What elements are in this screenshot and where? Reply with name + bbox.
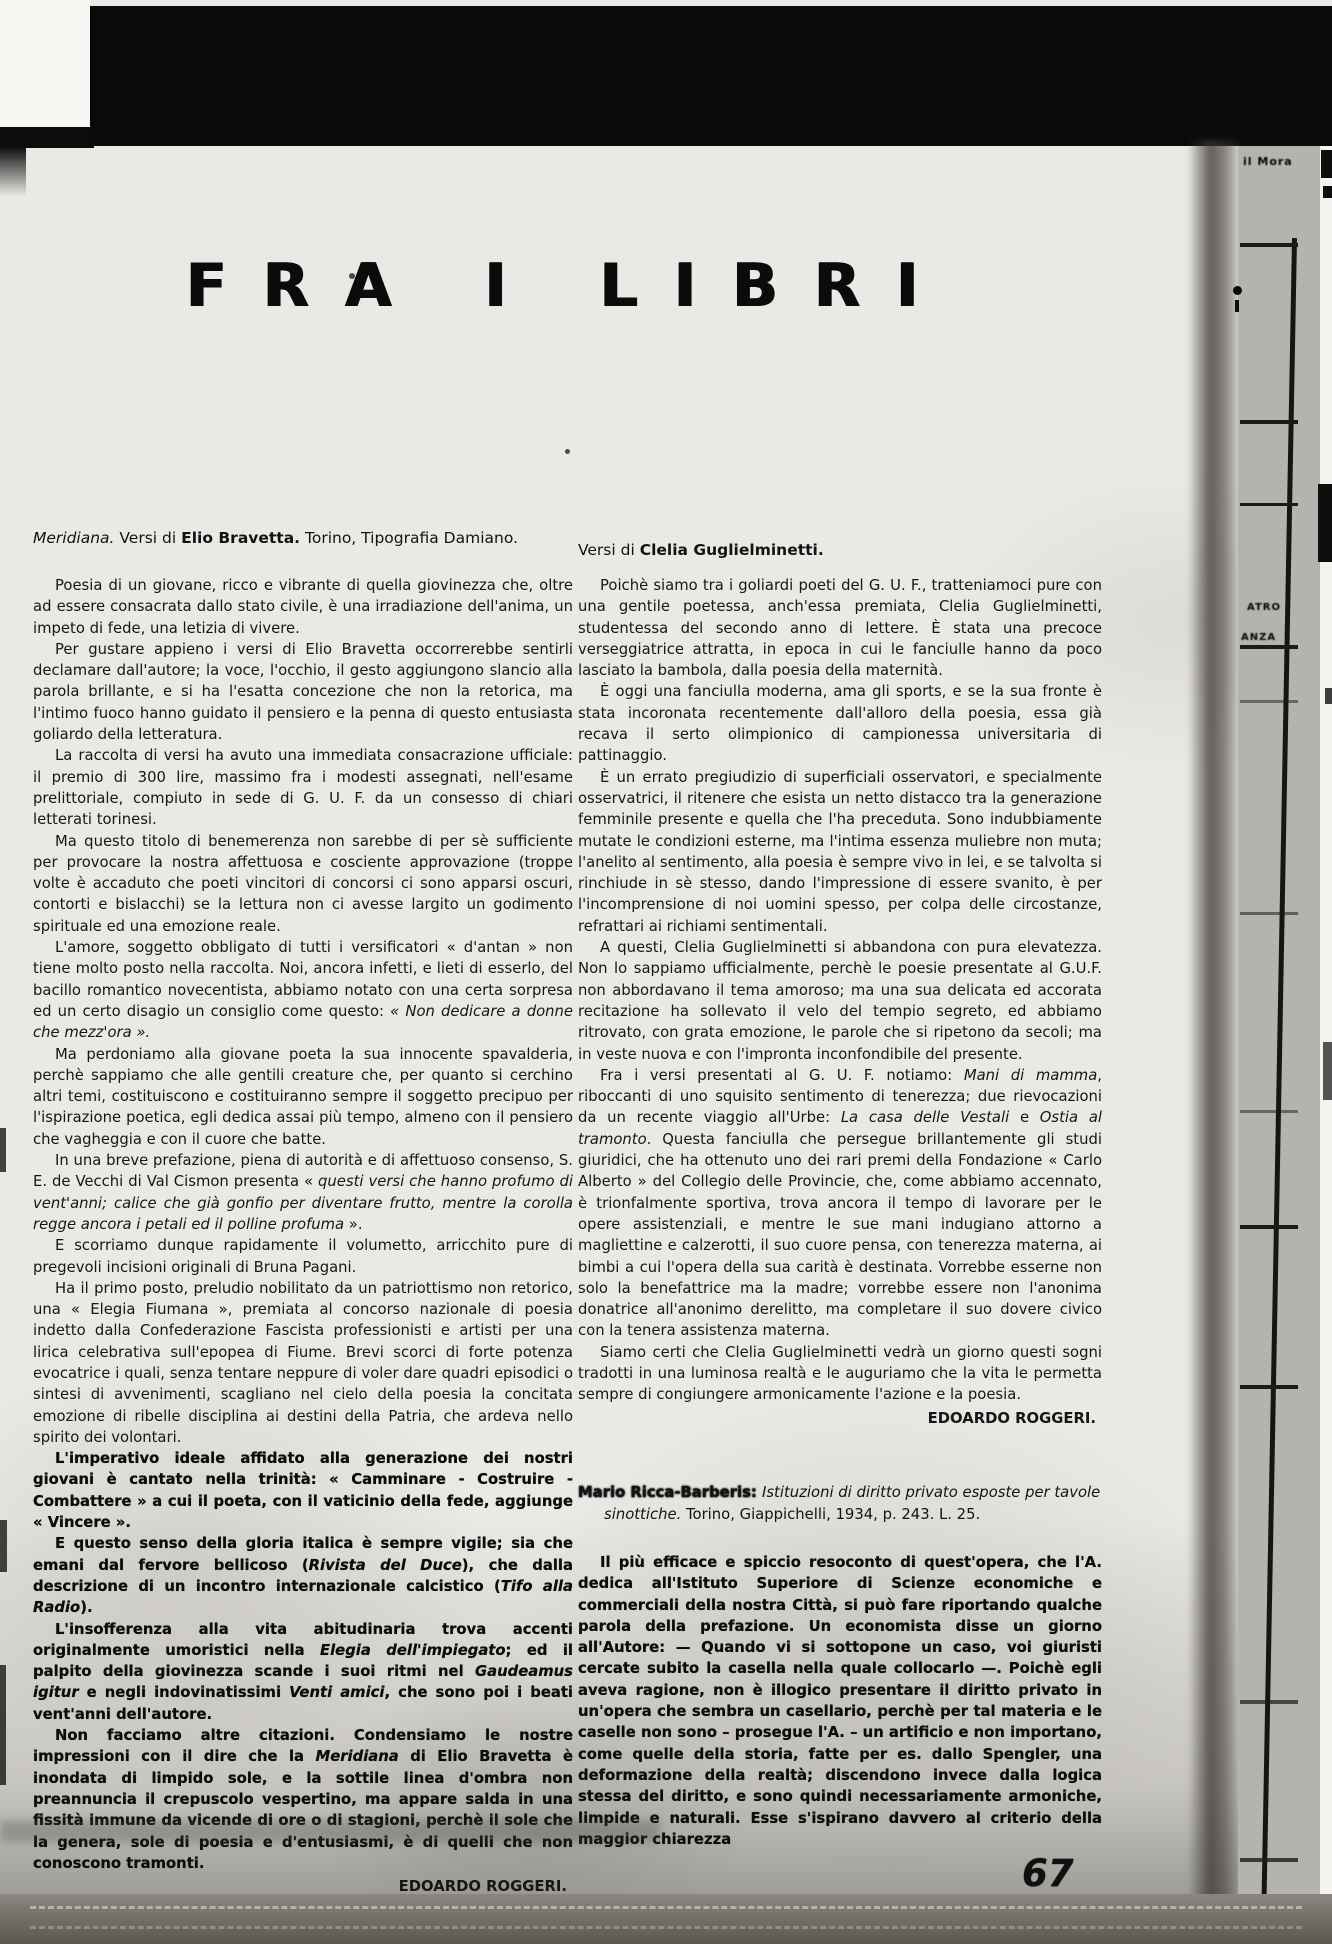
bottom-shadow-band <box>0 1894 1332 1944</box>
text-run: Ha il primo posto, preludio nobilitato d… <box>33 1280 573 1446</box>
text-run: ). <box>80 1599 92 1616</box>
margin-dot <box>1233 286 1242 295</box>
text-run: A questi, Clelia Guglielminetti si abban… <box>578 939 1102 1062</box>
text-run: E scorriamo dunque rapidamente il volume… <box>33 1237 573 1275</box>
paragraph: Non facciamo altre citazioni. Condensiam… <box>33 1725 573 1874</box>
text-run: Meridiana <box>315 1748 398 1765</box>
text-run: Clelia Guglielminetti. <box>640 541 824 559</box>
text-run: Poesia di un giovane, ricco e vibrante d… <box>33 577 573 637</box>
adjacent-page-tick <box>1240 1700 1298 1704</box>
adjacent-page-tick <box>1240 1110 1298 1113</box>
ink-speck <box>349 273 355 279</box>
bottom-dashed-line <box>30 1926 1302 1929</box>
edge-mark <box>1323 1042 1332 1100</box>
adjacent-page-tick <box>1240 700 1298 703</box>
second-review-heading: Mario Ricca-Barberis: Istituzioni di dir… <box>578 1482 1140 1526</box>
text-run: Ma perdoniamo alla giovane poeta la sua … <box>33 1046 573 1148</box>
review-right-heading: Versi di Clelia Guglielminetti. <box>578 540 1118 560</box>
text-run: Fra i versi presentati al G. U. F. notia… <box>600 1067 964 1084</box>
edge-mark <box>1318 484 1332 562</box>
ink-speck <box>565 449 570 454</box>
adjacent-page-tick <box>1240 912 1298 915</box>
text-run: La casa delle Vestali <box>841 1109 1009 1126</box>
second-review-body: Il più efficace e spiccio resoconto di q… <box>578 1552 1102 1850</box>
text-run: L'imperativo ideale affidato alla genera… <box>33 1450 573 1531</box>
text-run: È un errato pregiudizio di superficiali … <box>578 769 1102 935</box>
text-run: . Questa fanciulla che persegue brillant… <box>578 1131 1102 1340</box>
text-run: Venti amici <box>289 1684 384 1701</box>
text-run: Elegia dell'impiegato <box>320 1642 506 1659</box>
paragraph: Ma questo titolo di benemerenza non sare… <box>33 831 573 937</box>
text-run: di Elio Bravetta è inondata di limpido s… <box>33 1748 573 1871</box>
text-run: È oggi una fanciulla moderna, ama gli sp… <box>578 683 1102 764</box>
adjacent-page-tick <box>1240 420 1298 424</box>
bottom-dashed-line <box>30 1906 1302 1909</box>
review-left-heading: Meridiana. Versi di Elio Bravetta. Torin… <box>33 528 573 548</box>
text-run: Mani di mamma <box>964 1067 1097 1084</box>
paragraph: La raccolta di versi ha avuto una immedi… <box>33 745 573 830</box>
text-run: Elio Bravetta. <box>181 529 300 547</box>
adjacent-page-tick <box>1240 645 1298 649</box>
margin-text-fragment: il Mora <box>1243 155 1293 168</box>
adjacent-page-tick <box>1240 503 1298 506</box>
edge-mark <box>1321 150 1332 178</box>
corner-ink-bar <box>0 127 94 148</box>
paragraph: L'imperativo ideale affidato alla genera… <box>33 1448 573 1533</box>
corner-ink-tail <box>0 148 26 196</box>
text-run: e negli indovinatissimi <box>79 1684 289 1701</box>
text-run: La raccolta di versi ha avuto una immedi… <box>33 747 573 828</box>
signature: EDOARDO ROGGERI. <box>578 1408 1102 1429</box>
text-run: Ma questo titolo di benemerenza non sare… <box>33 833 573 935</box>
edge-mark <box>0 1665 6 1785</box>
paragraph: Siamo certi che Clelia Guglielminetti ve… <box>578 1342 1102 1406</box>
text-run: EDOARDO ROGGERI. <box>399 1878 567 1895</box>
paragraph: Poesia di un giovane, ricco e vibrante d… <box>33 575 573 639</box>
page-number: 67 <box>1022 1852 1074 1895</box>
scanned-page: FRA I LIBRI Meridiana. Versi di Elio Bra… <box>0 0 1332 1944</box>
text-run: Versi di <box>578 541 640 559</box>
text-run: Per gustare appieno i versi di Elio Brav… <box>33 641 573 743</box>
paragraph: Poichè siamo tra i goliardi poeti del G.… <box>578 575 1102 681</box>
paragraph: Ma perdoniamo alla giovane poeta la sua … <box>33 1044 573 1150</box>
edge-mark <box>0 1128 6 1172</box>
paragraph: Per gustare appieno i versi di Elio Brav… <box>33 639 573 745</box>
text-run: Poichè siamo tra i goliardi poeti del G.… <box>578 577 1102 679</box>
adjacent-page-tick <box>1240 1225 1298 1229</box>
left-column: Poesia di un giovane, ricco e vibrante d… <box>33 575 573 1897</box>
corner-notch <box>0 0 90 127</box>
paragraph: L'insofferenza alla vita abitudinaria tr… <box>33 1619 573 1725</box>
adjacent-page-tick <box>1240 1385 1298 1389</box>
paragraph: L'amore, soggetto obbligato di tutti i v… <box>33 937 573 1043</box>
paragraph: A questi, Clelia Guglielminetti si abban… <box>578 937 1102 1065</box>
top-ink-band <box>88 6 1332 146</box>
adjacent-page-tick <box>1240 243 1298 247</box>
text-run: Meridiana. <box>33 529 114 547</box>
adjacent-page-tick <box>1240 1858 1298 1862</box>
margin-text-fragment: ANZA <box>1241 632 1276 643</box>
text-run: Rivista del Duce <box>309 1557 462 1574</box>
text-run: Torino, Giappichelli, 1934, p. 243. L. 2… <box>681 1506 980 1523</box>
edge-mark <box>1323 186 1332 198</box>
text-run: Torino, Tipografia Damiano. <box>300 529 518 547</box>
scan-smear <box>0 1820 660 1842</box>
paragraph: Ha il primo posto, preludio nobilitato d… <box>33 1278 573 1448</box>
paragraph: È oggi una fanciulla moderna, ama gli sp… <box>578 681 1102 766</box>
text-run: EDOARDO ROGGERI. <box>928 1410 1096 1427</box>
text-run: Versi di <box>114 529 181 547</box>
right-column: Poichè siamo tra i goliardi poeti del G.… <box>578 575 1102 1429</box>
text-run: Siamo certi che Clelia Guglielminetti ve… <box>578 1344 1102 1404</box>
text-run: ». <box>344 1216 362 1233</box>
edge-mark <box>1325 688 1332 704</box>
text-run: e <box>1009 1109 1040 1126</box>
edge-mark <box>0 1520 7 1572</box>
paragraph: E questo senso della gloria italica è se… <box>33 1533 573 1618</box>
gutter-shadow <box>1188 140 1240 1944</box>
paragraph: In una breve prefazione, piena di autori… <box>33 1150 573 1235</box>
text-run: Mario Ricca-Barberis: <box>578 1484 762 1501</box>
margin-dot-tail <box>1235 300 1239 312</box>
paragraph: Fra i versi presentati al G. U. F. notia… <box>578 1065 1102 1342</box>
paragraph: E scorriamo dunque rapidamente il volume… <box>33 1235 573 1278</box>
text-run: Il più efficace e spiccio resoconto di q… <box>578 1554 1102 1848</box>
margin-text-fragment: ATRO <box>1247 602 1281 613</box>
paragraph: Il più efficace e spiccio resoconto di q… <box>578 1552 1102 1850</box>
page-title: FRA I LIBRI <box>186 246 955 326</box>
paragraph: È un errato pregiudizio di superficiali … <box>578 767 1102 937</box>
